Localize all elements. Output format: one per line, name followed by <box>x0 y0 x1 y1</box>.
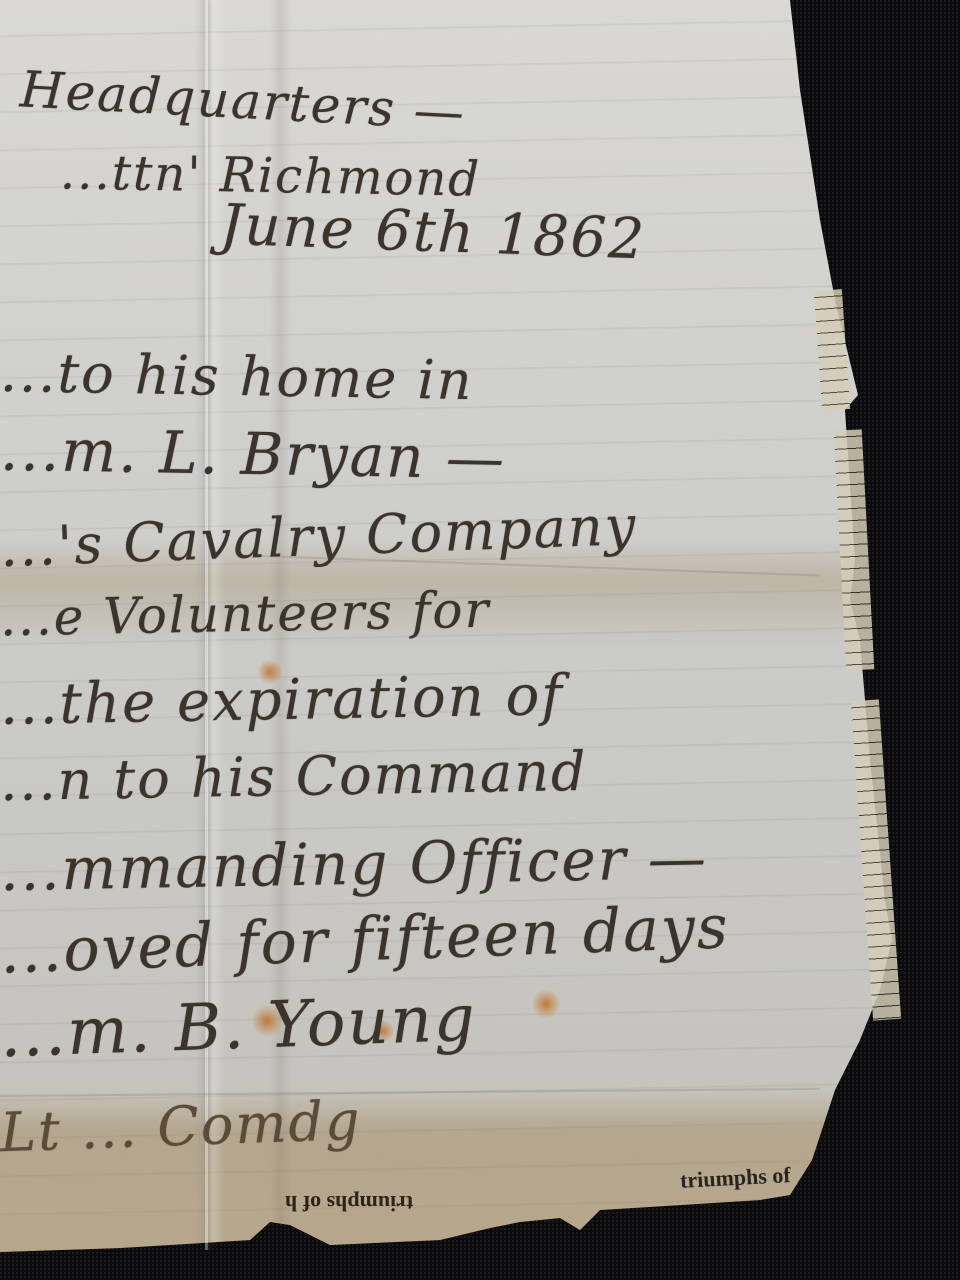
newspaper-fragment-upside-down: triumphs of h <box>285 1190 413 1216</box>
handwriting-line: ...e Volunteers for <box>0 581 491 648</box>
handwriting-line-name: ...m. L. Bryan — <box>0 416 507 493</box>
handwriting-line: ...to his home in <box>0 341 474 412</box>
handwriting-title: Lt ... Comdg <box>0 1089 363 1165</box>
handwriting-line: ...n to his Command <box>0 740 588 813</box>
handwriting-line: ...mmanding Officer — <box>0 824 708 904</box>
rust-stain <box>532 990 560 1018</box>
handwriting-line: ...the expiration of <box>0 663 565 738</box>
